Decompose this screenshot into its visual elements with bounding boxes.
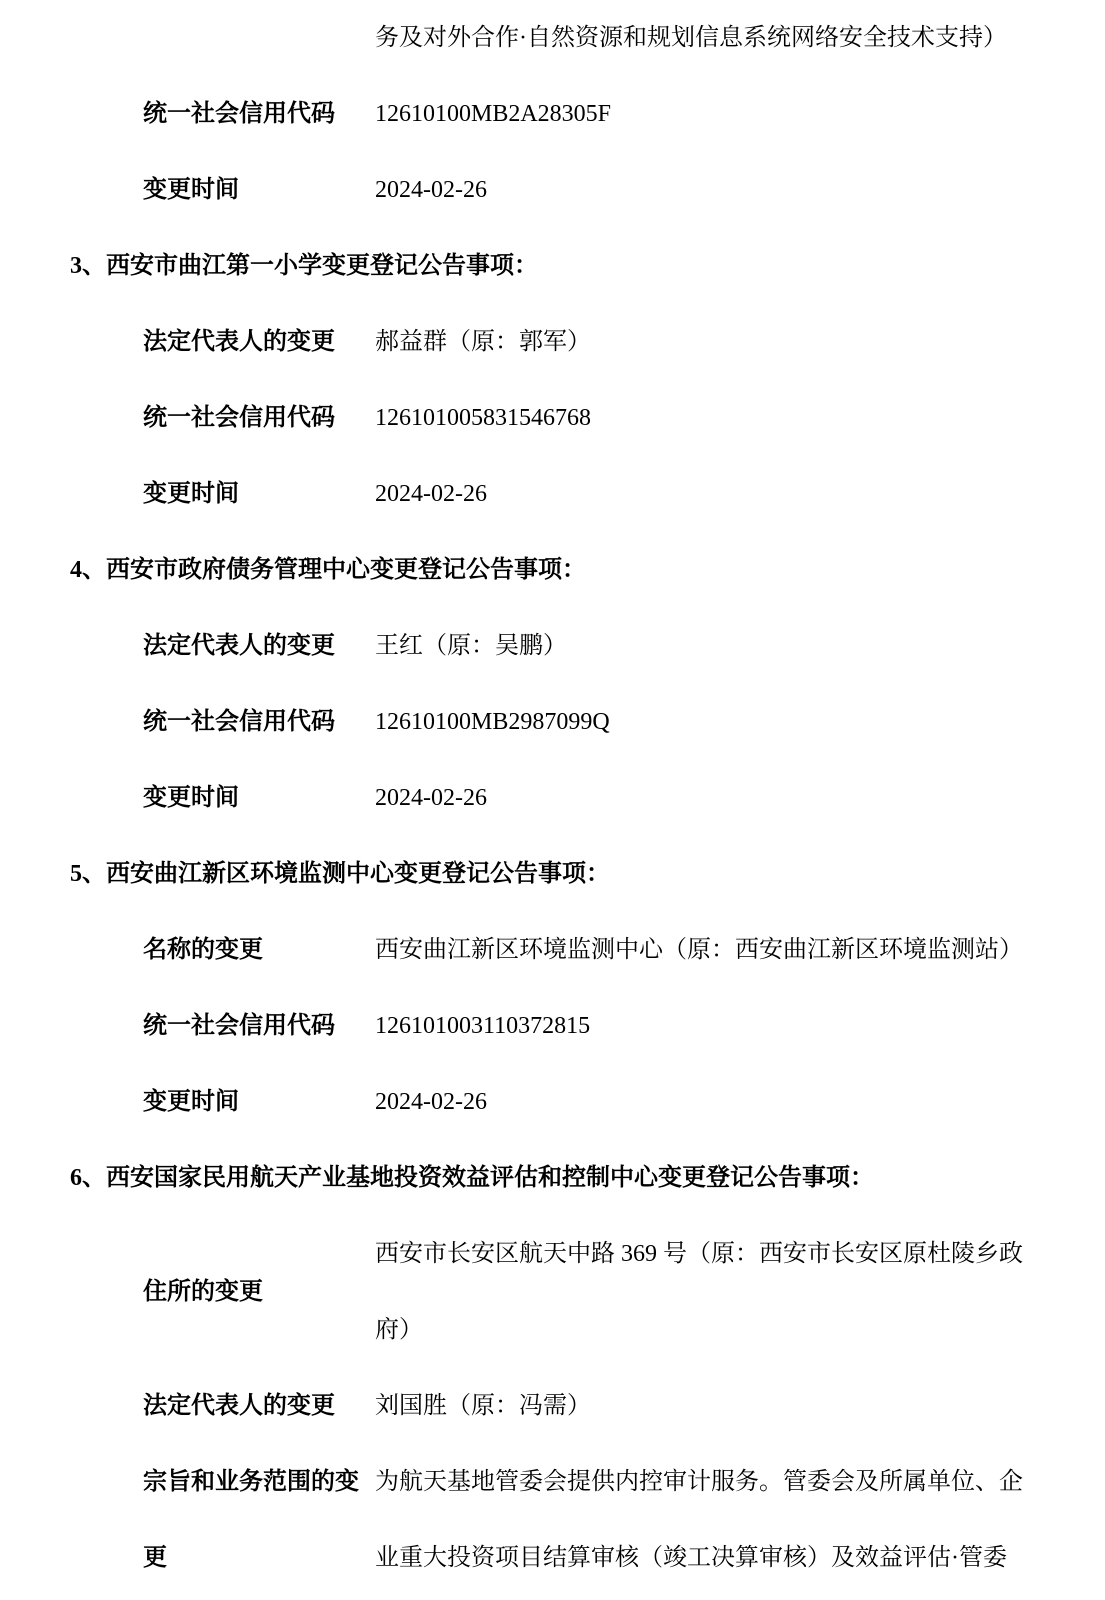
- field-label: 统一社会信用代码: [143, 76, 375, 152]
- field-label: 变更时间: [143, 456, 375, 532]
- field-value: 2024-02-26: [375, 1064, 1105, 1140]
- field-value: 郝益群（原：郭军）: [375, 304, 1105, 380]
- field-label: 住所的变更: [143, 1216, 375, 1368]
- field-value: 12610100MB2987099Q: [375, 684, 1105, 760]
- field-label: 宗旨和业务范围的变更: [143, 1444, 375, 1596]
- section-heading: 4、西安市政府债务管理中心变更登记公告事项：: [0, 532, 1105, 608]
- field-value: 西安曲江新区环境监测中心（原：西安曲江新区环境监测站）: [375, 912, 1105, 988]
- field-value: 刘国胜（原：冯需）: [375, 1368, 1105, 1444]
- field-value: 2024-02-26: [375, 152, 1105, 228]
- field-row: 法定代表人的变更 刘国胜（原：冯需）: [0, 1368, 1105, 1444]
- field-row: 法定代表人的变更 郝益群（原：郭军）: [0, 304, 1105, 380]
- field-label: 法定代表人的变更: [143, 304, 375, 380]
- field-value: 为航天基地管委会提供内控审计服务。管委会及所属单位、企 业重大投资项目结算审核（…: [375, 1444, 1105, 1596]
- field-label: 变更时间: [143, 1064, 375, 1140]
- field-row: 变更时间 2024-02-26: [0, 152, 1105, 228]
- field-row: 名称的变更 西安曲江新区环境监测中心（原：西安曲江新区环境监测站）: [0, 912, 1105, 988]
- section-heading: 3、西安市曲江第一小学变更登记公告事项：: [0, 228, 1105, 304]
- field-label: 统一社会信用代码: [143, 380, 375, 456]
- field-value: 126101003110372815: [375, 988, 1105, 1064]
- field-label: 变更时间: [143, 760, 375, 836]
- field-row: 住所的变更 西安市长安区航天中路 369 号（原：西安市长安区原杜陵乡政 府）: [0, 1216, 1105, 1368]
- field-value: 2024-02-26: [375, 760, 1105, 836]
- field-label: 法定代表人的变更: [143, 608, 375, 684]
- field-value: 126101005831546768: [375, 380, 1105, 456]
- field-value: 西安市长安区航天中路 369 号（原：西安市长安区原杜陵乡政 府）: [375, 1216, 1105, 1368]
- field-value-line: 西安市长安区航天中路 369 号（原：西安市长安区原杜陵乡政: [375, 1216, 1065, 1292]
- section-heading: 6、西安国家民用航天产业基地投资效益评估和控制中心变更登记公告事项：: [0, 1140, 1105, 1216]
- field-row: 宗旨和业务范围的变更 为航天基地管委会提供内控审计服务。管委会及所属单位、企 业…: [0, 1444, 1105, 1596]
- field-label: 名称的变更: [143, 912, 375, 988]
- field-label: 法定代表人的变更: [143, 1368, 375, 1444]
- document-page: 务及对外合作·自然资源和规划信息系统网络安全技术支持） 统一社会信用代码 126…: [0, 0, 1105, 1600]
- field-label: 统一社会信用代码: [143, 684, 375, 760]
- field-label: 统一社会信用代码: [143, 988, 375, 1064]
- field-value: 12610100MB2A28305F: [375, 76, 1105, 152]
- field-value-line: 府）: [375, 1292, 1065, 1368]
- field-value: 2024-02-26: [375, 456, 1105, 532]
- field-label: 变更时间: [143, 152, 375, 228]
- field-value-line: 业重大投资项目结算审核（竣工决算审核）及效益评估·管委: [375, 1520, 1065, 1596]
- field-row: 统一社会信用代码 126101003110372815: [0, 988, 1105, 1064]
- field-row: 变更时间 2024-02-26: [0, 760, 1105, 836]
- field-row: 统一社会信用代码 12610100MB2A28305F: [0, 76, 1105, 152]
- continuation-line: 务及对外合作·自然资源和规划信息系统网络安全技术支持）: [0, 0, 1105, 76]
- field-row: 变更时间 2024-02-26: [0, 1064, 1105, 1140]
- section-heading: 5、西安曲江新区环境监测中心变更登记公告事项：: [0, 836, 1105, 912]
- field-row: 变更时间 2024-02-26: [0, 456, 1105, 532]
- field-row: 统一社会信用代码 126101005831546768: [0, 380, 1105, 456]
- field-value-line: 为航天基地管委会提供内控审计服务。管委会及所属单位、企: [375, 1444, 1065, 1520]
- field-value: 王红（原：吴鹏）: [375, 608, 1105, 684]
- field-row: 统一社会信用代码 12610100MB2987099Q: [0, 684, 1105, 760]
- field-row: 法定代表人的变更 王红（原：吴鹏）: [0, 608, 1105, 684]
